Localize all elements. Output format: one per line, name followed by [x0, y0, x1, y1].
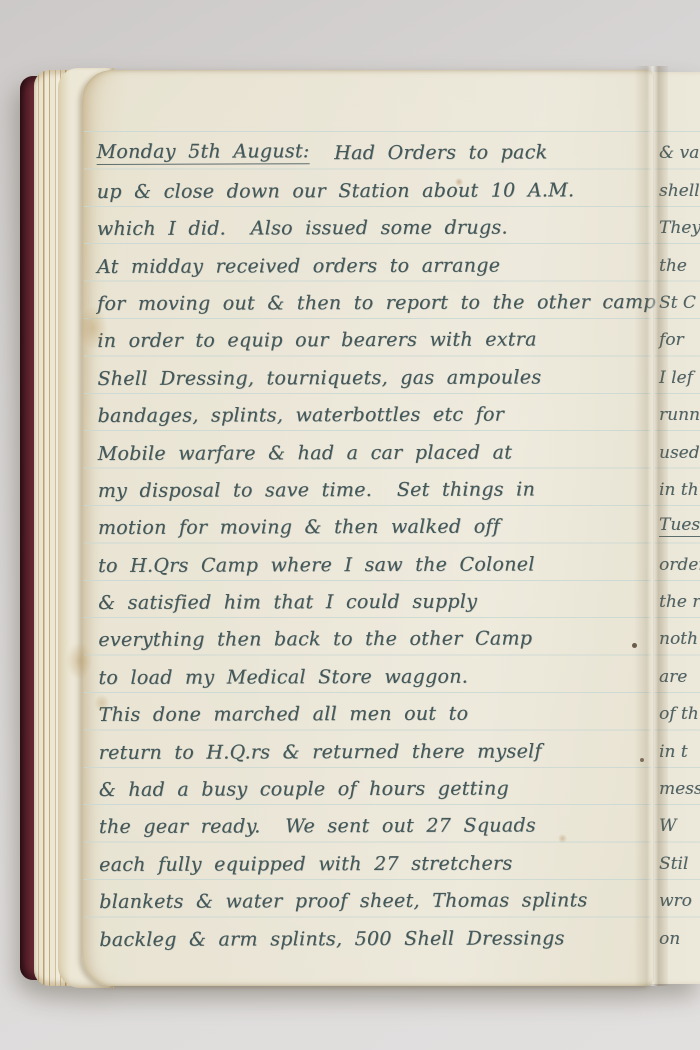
fragment-text: I lef: [659, 368, 693, 388]
page-edge-fragment: shell: [659, 168, 700, 205]
page-edge-fragment: & va: [659, 131, 700, 168]
line-text: to load my Medical Store waggon.: [98, 666, 468, 689]
line-text: This done marched all men out to: [99, 703, 469, 726]
line-text: the gear ready. We sent out 27 Squads: [99, 815, 536, 839]
line-text: Mobile warfare & had a car placed at: [98, 441, 513, 464]
page-edge-fragment: the: [659, 243, 700, 280]
page-edge-fragment: of th: [659, 692, 700, 729]
fragment-text: St C: [659, 293, 696, 313]
fragment-text: wro: [659, 891, 692, 911]
line-text: up & close down our Station about 10 A.M…: [97, 179, 575, 203]
fragment-text: for: [659, 330, 684, 350]
handwriting-line: & had a busy couple of hours getting: [99, 766, 647, 805]
handwriting-line: This done marched all men out to: [99, 691, 647, 730]
page-edge-fragment: on: [659, 916, 700, 953]
page-edge-fragment: in t: [659, 729, 700, 766]
page-edge-fragment: Stil: [659, 841, 700, 878]
line-text: & satisfied him that I could supply: [98, 591, 477, 614]
page-edge-fragment: in th: [659, 468, 700, 505]
handwriting-line: my disposal to save time. Set things in: [98, 467, 646, 506]
page-edge-fragment: the r: [659, 580, 700, 617]
handwriting-line: each fully equipped with 27 stretchers: [99, 840, 647, 879]
page-edge-fragment: W: [659, 804, 700, 841]
fragment-text: the: [659, 256, 687, 276]
handwriting-line: & satisfied him that I could supply: [98, 579, 646, 618]
fragment-text: & va: [659, 143, 699, 163]
line-text: blankets & water proof sheet, Thomas spl…: [99, 889, 587, 913]
handwriting-line: for moving out & then to report to the o…: [97, 280, 645, 319]
underlined-date-heading: Monday 5th August:: [97, 141, 310, 166]
fragment-text: runn: [659, 405, 700, 425]
page-edge-fragment: noth: [659, 617, 700, 654]
main-diary-page: Monday 5th August: Had Orders to pack up…: [82, 70, 654, 986]
line-text: for moving out & then to report to the o…: [97, 291, 656, 315]
fragment-text: on: [659, 929, 680, 949]
line-text: to H.Qrs Camp where I saw the Colonel: [98, 553, 535, 577]
line-text: motion for moving & then walked off: [98, 516, 500, 539]
line-text: in order to equip our bearers with extra: [97, 329, 537, 353]
handwriting-block: Monday 5th August: Had Orders to pack up…: [97, 130, 648, 955]
fragment-text: order: [659, 555, 700, 575]
page-edge-fragment: for: [659, 318, 700, 355]
fragment-text: Stil: [659, 854, 688, 874]
page-edge-fragment: runn: [659, 393, 700, 430]
handwriting-line: bandages, splints, waterbottles etc for: [97, 392, 645, 431]
line-text: my disposal to save time. Set things in: [98, 478, 535, 502]
handwriting-line: At midday received orders to arrange: [97, 242, 645, 281]
page-edge-fragment: I lef: [659, 355, 700, 392]
line-text: return to H.Q.rs & returned there myself: [99, 740, 542, 764]
handwriting-line: everything then back to the other Camp: [98, 616, 646, 655]
handwriting-line: Mobile warfare & had a car placed at: [98, 429, 646, 468]
line-text: which I did. Also issued some drugs.: [97, 217, 508, 240]
handwriting-line: backleg & arm splints, 500 Shell Dressin…: [99, 915, 647, 954]
line-text: & had a busy couple of hours getting: [99, 778, 509, 801]
fragment-text: in t: [659, 742, 688, 762]
fragment-text: mess: [659, 779, 700, 799]
handwriting-line: the gear ready. We sent out 27 Squads: [99, 803, 647, 842]
fragment-text: in th: [659, 480, 699, 500]
handwriting-line: in order to equip our bearers with extra: [97, 317, 645, 356]
handwriting-line: to H.Qrs Camp where I saw the Colonel: [98, 541, 646, 580]
fragment-text: They: [659, 218, 700, 238]
line-text: At midday received orders to arrange: [97, 254, 500, 277]
line-text: Had Orders to pack: [310, 142, 548, 165]
page-edge-fragment: used: [659, 430, 700, 467]
fragment-text: the r: [659, 592, 700, 612]
fragment-text: of th: [659, 704, 699, 724]
page-edge-fragment: Tues: [659, 505, 700, 542]
fragment-text: are: [659, 667, 687, 687]
line-text: each fully equipped with 27 stretchers: [99, 852, 512, 875]
page-edge-fragment: mess: [659, 767, 700, 804]
fragment-text: shell: [659, 181, 700, 201]
handwriting-line: up & close down our Station about 10 A.M…: [97, 167, 645, 206]
underlined-fragment: Tues: [659, 515, 700, 537]
next-page: & va shell They the: [646, 72, 700, 984]
page-edge-fragment: They: [659, 206, 700, 243]
page-edge-fragment: St C: [659, 281, 700, 318]
page-edge-fragment: order: [659, 542, 700, 579]
fragment-text: W: [659, 816, 676, 836]
handwriting-line: which I did. Also issued some drugs.: [97, 205, 645, 244]
handwriting-line: Shell Dressing, tourniquets, gas ampoule…: [97, 354, 645, 393]
handwriting-line: motion for moving & then walked off: [98, 504, 646, 543]
handwriting-line: to load my Medical Store waggon.: [98, 654, 646, 693]
handwriting-line: return to H.Q.rs & returned there myself: [99, 728, 647, 767]
page-edge-fragment: are: [659, 654, 700, 691]
next-page-fragments: & va shell They the: [659, 131, 700, 954]
notebook: s w th m a s: [20, 66, 700, 990]
page-edge-fragment: wro: [659, 879, 700, 916]
handwriting-line: Monday 5th August: Had Orders to pack: [97, 130, 645, 169]
line-text: backleg & arm splints, 500 Shell Dressin…: [99, 927, 564, 951]
line-text: bandages, splints, waterbottles etc for: [98, 404, 505, 427]
handwriting-line: blankets & water proof sheet, Thomas spl…: [99, 878, 647, 917]
fragment-text: noth: [659, 629, 698, 649]
fragment-text: used: [659, 443, 700, 463]
line-text: Shell Dressing, tourniquets, gas ampoule…: [97, 366, 541, 390]
line-text: everything then back to the other Camp: [98, 628, 532, 652]
